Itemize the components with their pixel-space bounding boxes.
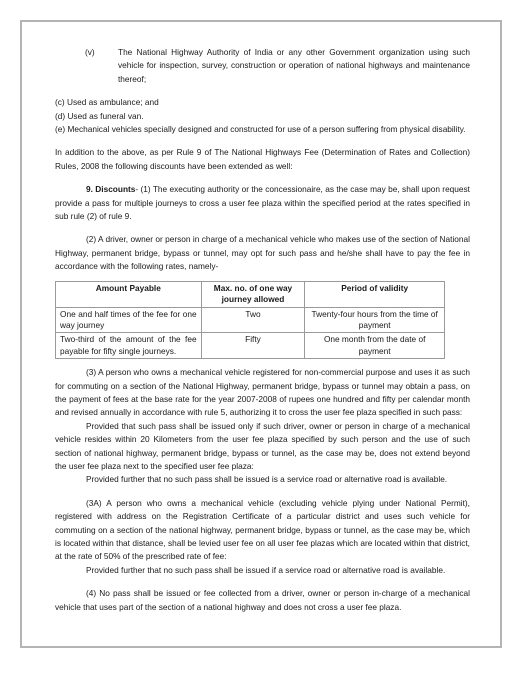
rule-9-3-proviso-2: Provided further that no such pass shall… [55,473,470,486]
rule-9-3-proviso-1: Provided that such pass shall be issued … [55,420,470,474]
rule-9-3a-proviso: Provided further that no such pass shall… [55,564,470,577]
header-period-validity: Period of validity [305,281,445,307]
list-item-number: (v) [85,46,95,59]
table-row: One and half times of the fee for one wa… [56,307,445,333]
table-header-row: Amount Payable Max. no. of one way journ… [56,281,445,307]
cell-amount: One and half times of the fee for one wa… [56,307,202,333]
list-item-c: (c) Used as ambulance; and [55,96,470,109]
header-amount-payable: Amount Payable [56,281,202,307]
list-item-text: The National Highway Authority of India … [118,47,470,84]
list-item-e: (e) Mechanical vehicles specially design… [55,123,470,136]
rule-9-3-paragraph: (3) A person who owns a mechanical vehic… [55,366,470,420]
rule-9-1-paragraph: 9. Discounts- (1) The executing authorit… [55,183,470,223]
rule-9-2-paragraph: (2) A driver, owner or person in charge … [55,233,470,273]
cell-validity: One month from the date of payment [305,333,445,359]
document-body: (v) The National Highway Authority of In… [55,32,470,614]
rule-9-3a-paragraph: (3A) A person who owns a mechanical vehi… [55,497,470,564]
intro-paragraph: In addition to the above, as per Rule 9 … [55,146,470,173]
discount-rates-table: Amount Payable Max. no. of one way journ… [55,281,445,359]
cell-amount: Two-third of the amount of the fee payab… [56,333,202,359]
rule-9-4-paragraph: (4) No pass shall be issued or fee colle… [55,587,470,614]
cell-journeys: Fifty [201,333,305,359]
rule-9-heading: 9. Discounts [86,184,135,194]
cell-journeys: Two [201,307,305,333]
header-max-journeys: Max. no. of one way journey allowed [201,281,305,307]
document-page: (v) The National Highway Authority of In… [20,20,502,648]
list-item-d: (d) Used as funeral van. [55,110,470,123]
cell-validity: Twenty-four hours from the time of payme… [305,307,445,333]
table-row: Two-third of the amount of the fee payab… [56,333,445,359]
list-item-v: (v) The National Highway Authority of In… [55,46,470,86]
